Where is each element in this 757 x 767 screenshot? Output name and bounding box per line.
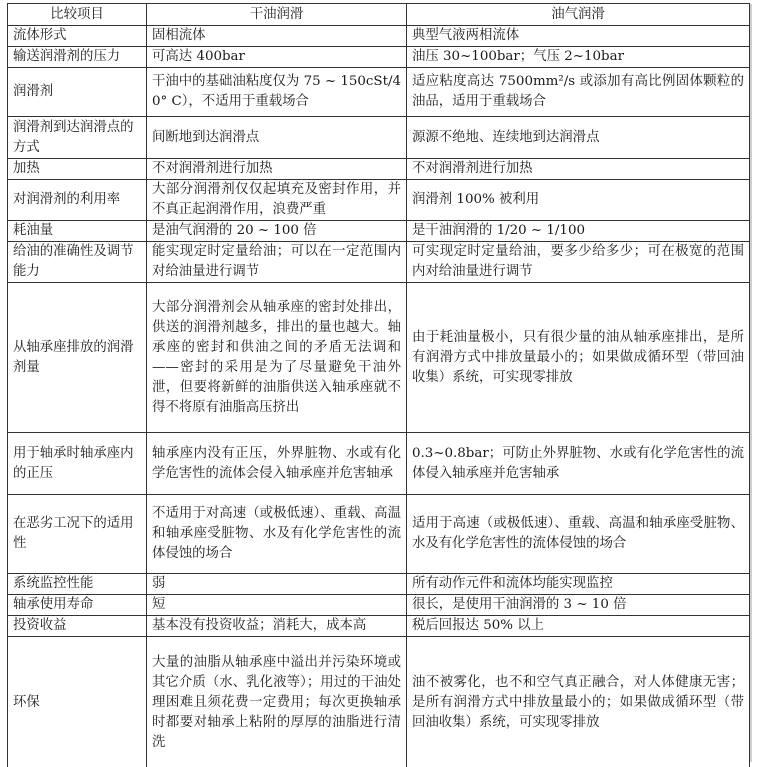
- table-row: 环保大量的油脂从轴承座中溢出并污染环境或其它介质（水、乳化液等）；用过的干油处理…: [8, 637, 750, 767]
- row-item-cell: 流体形式: [8, 26, 147, 47]
- oil-air-cell: 税后回报达 50% 以上: [407, 616, 750, 637]
- oil-air-cell: 由于耗油量极小，只有很少量的油从轴承座排出，是所有润滑方式中排放量最小的；如果做…: [407, 283, 750, 433]
- row-item-cell: 投资收益: [8, 616, 147, 637]
- row-item-cell: 用于轴承时轴承座内的正压: [8, 433, 147, 495]
- oil-air-cell: 可实现定时定量给油，要多少给多少；可在极宽的范围内对给油量进行调节: [407, 242, 750, 283]
- row-item-cell: 润滑剂: [8, 68, 147, 117]
- row-item-cell: 输送润滑剂的压力: [8, 47, 147, 68]
- row-item-cell: 对润滑剂的利用率: [8, 180, 147, 221]
- page-edge-shadow: [750, 4, 752, 762]
- oil-air-cell: 0.3~0.8bar；可防止外界脏物、水或有化学危害性的流体侵入轴承座并危害轴承: [407, 433, 750, 495]
- oil-air-cell: 油不被雾化，也不和空气真正融合，对人体健康无害；是所有润滑方式中排放量最小的；如…: [407, 637, 750, 767]
- dry-oil-cell: 基本没有投资收益；消耗大，成本高: [147, 616, 407, 637]
- header-row: 比较项目 干油润滑 油气润滑: [8, 4, 750, 26]
- oil-air-cell: 润滑剂 100% 被利用: [407, 180, 750, 221]
- dry-oil-cell: 固相流体: [147, 26, 407, 47]
- oil-air-cell: 适应粘度高达 7500mm²/s 或添加有高比例固体颗粒的油品，适用于重载场合: [407, 68, 750, 117]
- table-row: 轴承使用寿命短很长，是使用干油润滑的 3 ~ 10 倍: [8, 595, 750, 616]
- dry-oil-cell: 能实现定时定量给油；可以在一定范围内对给油量进行调节: [147, 242, 407, 283]
- table-row: 在恶劣工况下的适用性不适用于对高速（或极低速）、重载、高温和轴承座受脏物、水及有…: [8, 495, 750, 574]
- header-item: 比较项目: [8, 4, 147, 26]
- oil-air-cell: 很长，是使用干油润滑的 3 ~ 10 倍: [407, 595, 750, 616]
- row-item-cell: 轴承使用寿命: [8, 595, 147, 616]
- row-item-cell: 环保: [8, 637, 147, 767]
- oil-air-cell: 典型气液两相流体: [407, 26, 750, 47]
- table-row: 系统监控性能弱所有动作元件和流体均能实现监控: [8, 574, 750, 595]
- row-item-cell: 给油的准确性及调节能力: [8, 242, 147, 283]
- row-item-cell: 耗油量: [8, 221, 147, 242]
- dry-oil-cell: 不对润滑剂进行加热: [147, 159, 407, 180]
- oil-air-cell: 不对润滑剂进行加热: [407, 159, 750, 180]
- table-row: 加热不对润滑剂进行加热不对润滑剂进行加热: [8, 159, 750, 180]
- oil-air-cell: 所有动作元件和流体均能实现监控: [407, 574, 750, 595]
- dry-oil-cell: 短: [147, 595, 407, 616]
- table-row: 投资收益基本没有投资收益；消耗大，成本高税后回报达 50% 以上: [8, 616, 750, 637]
- row-item-cell: 在恶劣工况下的适用性: [8, 495, 147, 574]
- oil-air-cell: 是干油润滑的 1/20 ~ 1/100: [407, 221, 750, 242]
- table-row: 对润滑剂的利用率大部分润滑剂仅仅起填充及密封作用，并不真正起润滑作用，浪费严重润…: [8, 180, 750, 221]
- dry-oil-cell: 干油中的基础油粘度仅为 75 ~ 150cSt/40° C），不适用于重载场合: [147, 68, 407, 117]
- table-row: 耗油量是油气润滑的 20 ~ 100 倍是干油润滑的 1/20 ~ 1/100: [8, 221, 750, 242]
- oil-air-cell: 源源不绝地、连续地到达润滑点: [407, 117, 750, 159]
- row-item-cell: 系统监控性能: [8, 574, 147, 595]
- dry-oil-cell: 间断地到达润滑点: [147, 117, 407, 159]
- row-item-cell: 润滑剂到达润滑点的方式: [8, 117, 147, 159]
- dry-oil-cell: 不适用于对高速（或极低速）、重载、高温和轴承座受脏物、水及有化学危害性的流体侵蚀…: [147, 495, 407, 574]
- row-item-cell: 加热: [8, 159, 147, 180]
- table-row: 润滑剂干油中的基础油粘度仅为 75 ~ 150cSt/40° C），不适用于重载…: [8, 68, 750, 117]
- dry-oil-cell: 轴承座内没有正压，外界脏物、水或有化学危害性的流体会侵入轴承座并危害轴承: [147, 433, 407, 495]
- table-row: 流体形式固相流体典型气液两相流体: [8, 26, 750, 47]
- table-row: 润滑剂到达润滑点的方式间断地到达润滑点源源不绝地、连续地到达润滑点: [8, 117, 750, 159]
- dry-oil-cell: 可高达 400bar: [147, 47, 407, 68]
- dry-oil-cell: 弱: [147, 574, 407, 595]
- oil-air-cell: 适用于高速（或极低速）、重载、高温和轴承座受脏物、水及有化学危害性的流体侵蚀的场…: [407, 495, 750, 574]
- oil-air-cell: 油压 30~100bar；气压 2~10bar: [407, 47, 750, 68]
- dry-oil-cell: 大量的油脂从轴承座中溢出并污染环境或其它介质（水、乳化液等）；用过的干油处理困难…: [147, 637, 407, 767]
- dry-oil-cell: 大部分润滑剂仅仅起填充及密封作用，并不真正起润滑作用，浪费严重: [147, 180, 407, 221]
- table-row: 用于轴承时轴承座内的正压轴承座内没有正压，外界脏物、水或有化学危害性的流体会侵入…: [8, 433, 750, 495]
- dry-oil-cell: 是油气润滑的 20 ~ 100 倍: [147, 221, 407, 242]
- comparison-table: 比较项目 干油润滑 油气润滑 流体形式固相流体典型气液两相流体输送润滑剂的压力可…: [7, 3, 750, 767]
- row-item-cell: 从轴承座排放的润滑剂量: [8, 283, 147, 433]
- table-row: 从轴承座排放的润滑剂量大部分润滑剂会从轴承座的密封处排出，供送的润滑剂越多，排出…: [8, 283, 750, 433]
- header-dry-oil: 干油润滑: [147, 4, 407, 26]
- header-oil-air: 油气润滑: [407, 4, 750, 26]
- table-row: 给油的准确性及调节能力能实现定时定量给油；可以在一定范围内对给油量进行调节可实现…: [8, 242, 750, 283]
- table-row: 输送润滑剂的压力可高达 400bar油压 30~100bar；气压 2~10ba…: [8, 47, 750, 68]
- dry-oil-cell: 大部分润滑剂会从轴承座的密封处排出，供送的润滑剂越多，排出的量也越大。轴承座的密…: [147, 283, 407, 433]
